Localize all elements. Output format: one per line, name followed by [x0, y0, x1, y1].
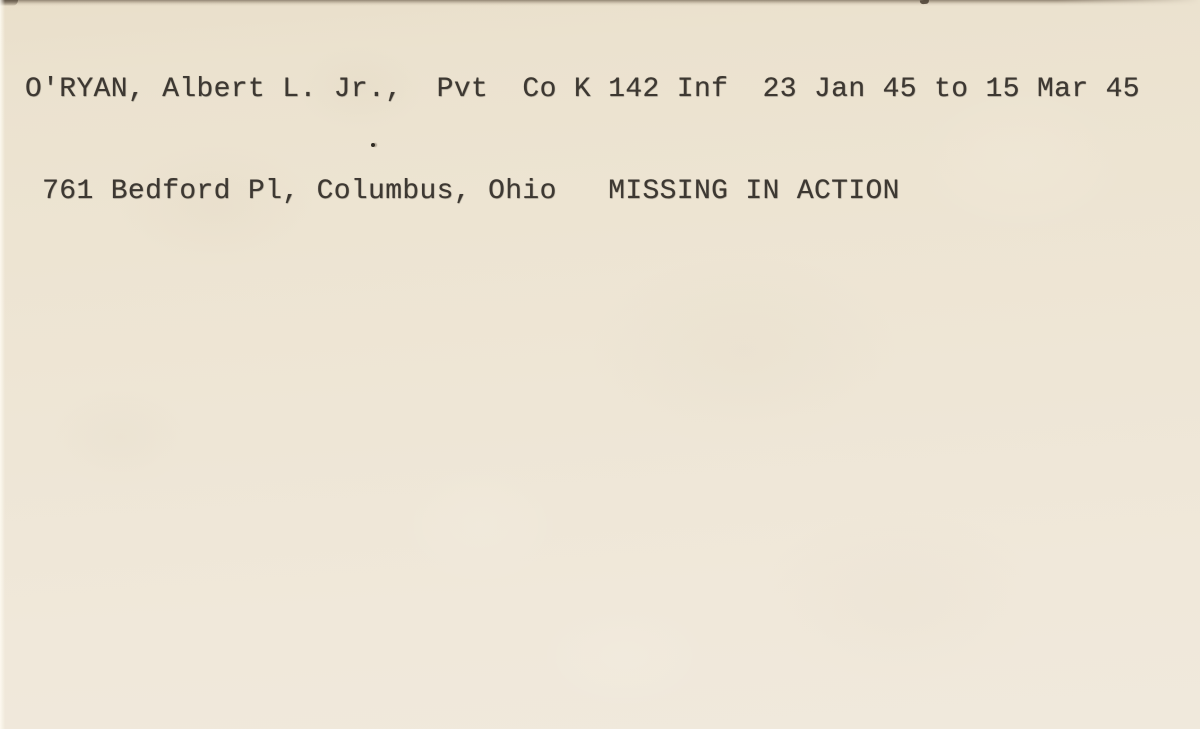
- typed-text-block: O'RYAN, Albert L. Jr., Pvt Co K 142 Inf …: [25, 5, 1140, 277]
- ink-speck: [371, 143, 375, 147]
- index-card: O'RYAN, Albert L. Jr., Pvt Co K 142 Inf …: [0, 0, 1200, 729]
- card-line-name-unit-dates: O'RYAN, Albert L. Jr., Pvt Co K 142 Inf …: [25, 73, 1140, 107]
- card-left-edge-highlight: [0, 0, 5, 729]
- card-line-address-status: 761 Bedford Pl, Columbus, Ohio MISSING I…: [25, 175, 1140, 209]
